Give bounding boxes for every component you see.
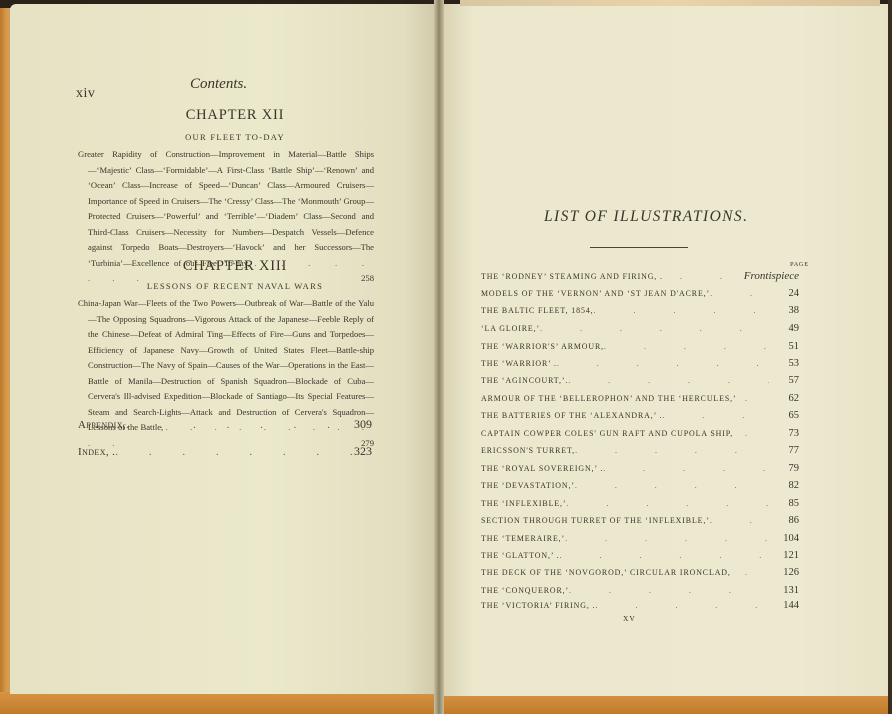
illustration-page: 104: [769, 533, 799, 544]
chapter-xiii-subtitle: LESSONS OF RECENT NAVAL WARS: [110, 281, 360, 291]
chapter-xii-page: 258: [371, 271, 374, 287]
illustration-row: THE DECK OF THE ‘NOVGOROD,’ CIRCULAR IRO…: [481, 567, 799, 581]
illustration-caption: THE ‘AGINCOURT,’.: [481, 376, 568, 385]
illustration-caption: THE ‘DEVASTATION,’: [481, 481, 575, 490]
appendix-page: 309: [354, 417, 372, 432]
leader-dots: . . . . . . .: [575, 481, 769, 490]
illustration-row: THE ‘ROYAL SOVEREIGN,’ . . . . . . . 79: [481, 463, 799, 477]
illustration-caption: THE ‘WARRIOR'S’ ARMOUR,: [481, 342, 604, 351]
illustration-row: ‘LA GLOIRE,’ . . . . . . . . 49: [481, 323, 799, 337]
leader-dots: . . . . . . .: [569, 586, 769, 595]
illustration-row: THE ‘VICTORIA’ FIRING, . . . . . . . 144: [481, 600, 799, 614]
leader-dots: . . . . . . .: [575, 446, 769, 455]
illustration-caption: SECTION THROUGH TURRET OF THE ‘INFLEXIBL…: [481, 516, 710, 525]
book-gutter: [434, 0, 444, 714]
illustration-row: THE ‘WARRIOR’ . . . . . . . . 53: [481, 358, 799, 372]
chapter-xii-title: CHAPTER XII: [130, 107, 340, 124]
illustration-caption: THE ‘CONQUEROR,’: [481, 586, 569, 595]
leader-dots: . . . . . . . . .: [115, 446, 354, 458]
illustration-page: 82: [769, 480, 799, 491]
leader-dots: . .: [710, 516, 769, 525]
leader-dots: .: [731, 568, 769, 577]
illustration-caption: THE ‘INFLEXIBLE,’: [481, 499, 566, 508]
leader-dots: . .: [710, 289, 769, 298]
illustration-page: 57: [769, 375, 799, 386]
leader-dots: . . . . . . .: [566, 499, 769, 508]
list-of-illustrations-title: LIST OF ILLUSTRATIONS.: [544, 208, 748, 226]
illustration-page: 77: [769, 445, 799, 456]
toc-index: Index, . . . . . . . . . . 323: [78, 444, 372, 459]
illustration-caption: THE BALTIC FLEET, 1854,: [481, 306, 594, 315]
illustration-caption: MODELS OF THE ‘VERNON’ AND ‘ST JEAN D'AC…: [481, 289, 710, 298]
left-page-number: xiv: [76, 86, 95, 102]
illustration-page: 79: [769, 463, 799, 474]
running-head: Contents.: [190, 76, 247, 93]
illustration-row: THE ‘AGINCOURT,’. . . . . . . . 57: [481, 375, 799, 389]
illustration-page: 49: [769, 323, 799, 334]
illustration-caption: THE ‘WARRIOR’ .: [481, 359, 557, 368]
illustration-row: THE BALTIC FLEET, 1854, . . . . . . 38: [481, 305, 799, 319]
illustration-page: 53: [769, 358, 799, 369]
illustration-page: 62: [769, 393, 799, 404]
illustration-caption: THE ‘GLATTON,’ .: [481, 551, 560, 560]
title-rule: [590, 247, 688, 248]
illustration-row: ERICSSON'S TURRET, . . . . . . . 77: [481, 445, 799, 459]
illustration-caption: CAPTAIN COWPER COLES' GUN RAFT AND CUPOL…: [481, 429, 733, 438]
illustration-row: SECTION THROUGH TURRET OF THE ‘INFLEXIBL…: [481, 515, 799, 529]
illustration-row: THE ‘WARRIOR'S’ ARMOUR, . . . . . . 51: [481, 341, 799, 355]
illustration-caption: THE ‘VICTORIA’ FIRING, .: [481, 601, 595, 610]
illustration-page: 85: [769, 498, 799, 509]
illustration-row: THE BATTERIES OF THE ‘ALEXANDRA,’ . . . …: [481, 410, 799, 424]
leader-dots: . . . . . . .: [565, 534, 769, 543]
illustration-row: THE ‘INFLEXIBLE,’ . . . . . . . 85: [481, 498, 799, 512]
illustration-page: 65: [769, 410, 799, 421]
leader-dots: . . . . . .: [594, 306, 769, 315]
leader-dots: . . . . . . . .: [540, 324, 769, 333]
leader-dots: . . . . . .: [604, 342, 769, 351]
illustration-caption: THE ‘RODNEY’ STEAMING AND FIRING, .: [481, 272, 663, 281]
illustration-page: 86: [769, 515, 799, 526]
illustration-row: ARMOUR OF THE ‘BELLEROPHON’ AND THE ‘HER…: [481, 393, 799, 407]
illustration-page: Frontispiece: [744, 270, 799, 282]
appendix-label: Appendix,: [78, 419, 126, 431]
illustration-page: 126: [769, 567, 799, 578]
right-border: [888, 0, 892, 714]
illustration-row: CAPTAIN COWPER COLES' GUN RAFT AND CUPOL…: [481, 428, 799, 442]
toc-appendix: Appendix, . . . . . . . . . 309: [78, 417, 372, 432]
illustration-row: THE ‘TEMERAIRE,’ . . . . . . . 104: [481, 533, 799, 547]
leader-dots: . . . . . . .: [557, 359, 769, 368]
illustration-caption: ARMOUR OF THE ‘BELLEROPHON’ AND THE ‘HER…: [481, 394, 737, 403]
summary-text: China-Japan War—Fleets of the Two Powers…: [78, 298, 374, 432]
illustration-row: MODELS OF THE ‘VERNON’ AND ‘ST JEAN D'AC…: [481, 288, 799, 302]
leader-dots: . . . . . .: [595, 601, 769, 610]
illustration-caption: THE BATTERIES OF THE ‘ALEXANDRA,’ .: [481, 411, 662, 420]
chapter-xiii-title: CHAPTER XIII: [130, 258, 340, 275]
illustration-page: 131: [769, 585, 799, 596]
leader-dots: . . . . . .: [603, 464, 769, 473]
illustration-caption: THE DECK OF THE ‘NOVGOROD,’ CIRCULAR IRO…: [481, 568, 731, 577]
leader-dots: .: [733, 429, 769, 438]
leader-dots: .: [737, 394, 769, 403]
page-stain: [460, 0, 880, 6]
illustration-page: 144: [769, 600, 799, 611]
illustration-caption: ERICSSON'S TURRET,: [481, 446, 575, 455]
index-page: 323: [354, 444, 372, 459]
illustration-page: 73: [769, 428, 799, 439]
chapter-xii-subtitle: OUR FLEET TO-DAY: [130, 132, 340, 142]
summary-text: Greater Rapidity of Construction—Improve…: [78, 149, 374, 268]
illustration-page: 51: [769, 341, 799, 352]
leader-dots: . . . .: [662, 411, 769, 420]
leader-dots: . .: [663, 272, 744, 281]
right-page-number: xv: [623, 614, 636, 623]
illustration-page: 24: [769, 288, 799, 299]
page-column-label: PAGE: [790, 261, 809, 268]
illustration-page: 121: [769, 550, 799, 561]
index-label: Index, .: [78, 446, 115, 458]
illustration-caption: ‘LA GLOIRE,’: [481, 324, 540, 333]
illustration-row: THE ‘RODNEY’ STEAMING AND FIRING, . . . …: [481, 270, 799, 284]
illustration-caption: THE ‘ROYAL SOVEREIGN,’ .: [481, 464, 603, 473]
leader-dots: . . . . . . .: [560, 551, 769, 560]
illustration-row: THE ‘DEVASTATION,’ . . . . . . . 82: [481, 480, 799, 494]
leader-dots: . . . . . . . . .: [126, 419, 354, 431]
illustration-row: THE ‘GLATTON,’ . . . . . . . . 121: [481, 550, 799, 564]
illustration-caption: THE ‘TEMERAIRE,’: [481, 534, 565, 543]
illustration-page: 38: [769, 305, 799, 316]
leader-dots: . . . . . . .: [568, 376, 769, 385]
illustration-row: THE ‘CONQUEROR,’ . . . . . . . 131: [481, 585, 799, 599]
